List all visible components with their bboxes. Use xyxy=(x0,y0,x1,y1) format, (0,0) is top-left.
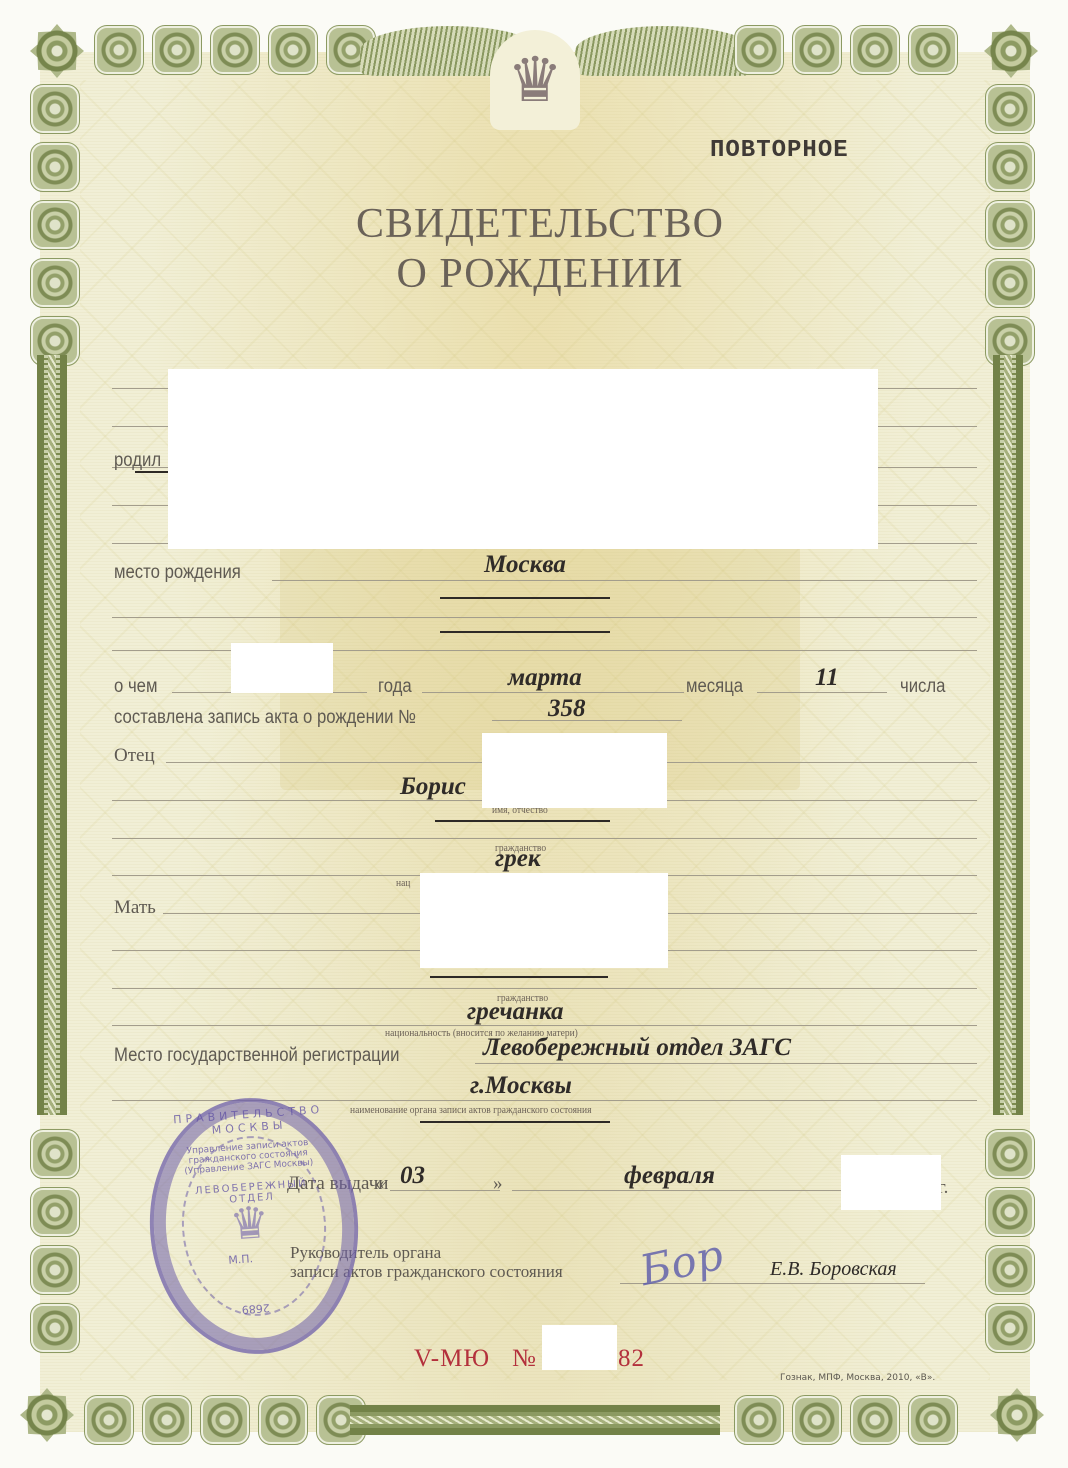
bottom-border-left xyxy=(85,1400,365,1440)
born-label: родил xyxy=(114,450,161,472)
issue-day: 03 xyxy=(400,1162,425,1190)
father-first-name: Борис xyxy=(400,773,466,801)
year-label: года xyxy=(378,676,412,698)
act-record-label: составлена запись акта о рождении № xyxy=(114,707,416,729)
rule-line xyxy=(475,1063,977,1064)
stamp-eagle-icon: ♛ xyxy=(228,1197,271,1251)
underline-bold xyxy=(440,631,610,633)
right-border-rail xyxy=(993,355,1023,1115)
left-border-bottom xyxy=(35,1130,75,1352)
registration-authority-hint: наименование органа записи актов граждан… xyxy=(350,1105,591,1116)
rule-line xyxy=(272,580,977,581)
underline-bold xyxy=(440,597,610,599)
right-border-bottom xyxy=(990,1130,1030,1352)
issue-open-quote: « xyxy=(375,1173,385,1195)
issue-month: февраля xyxy=(624,1162,715,1190)
top-border-right xyxy=(735,30,957,70)
left-border-top xyxy=(35,85,75,365)
redaction-box xyxy=(420,873,668,968)
signatory-name: Е.В. Боровская xyxy=(770,1258,897,1281)
father-label: Отец xyxy=(114,745,155,767)
month-label: месяца xyxy=(686,676,743,698)
mother-nationality-value: гречанка xyxy=(467,998,564,1026)
serial-series: V-МЮ xyxy=(414,1345,490,1373)
double-headed-eagle-icon: ♛ xyxy=(490,30,580,130)
duplicate-mark: ПОВТОРНОЕ xyxy=(710,137,849,164)
document-title-line1: СВИДЕТЕЛЬСТВО xyxy=(290,200,790,248)
redaction-box xyxy=(231,643,333,693)
redaction-box xyxy=(542,1325,617,1370)
father-nationality-hint: нац xyxy=(396,878,410,889)
serial-number-suffix: 82 xyxy=(618,1345,645,1373)
top-ornament-right xyxy=(575,26,755,76)
birthplace-label: место рождения xyxy=(114,562,241,584)
issue-close-quote: » xyxy=(493,1173,503,1195)
redaction-box xyxy=(841,1155,941,1210)
bottom-border-rail xyxy=(350,1405,720,1435)
mother-label: Мать xyxy=(114,897,156,919)
document-title-line2: О РОЖДЕНИИ xyxy=(290,250,790,298)
underline-bold xyxy=(420,1121,610,1123)
record-month-value: марта xyxy=(508,664,582,692)
rule-line xyxy=(112,988,977,989)
rule-line xyxy=(112,617,977,618)
record-day-value: 11 xyxy=(815,664,839,692)
rule-line xyxy=(112,838,977,839)
about-label: о чем xyxy=(114,676,157,698)
birthplace-value: Москва xyxy=(425,551,625,579)
underline-bold xyxy=(435,820,610,822)
redaction-box xyxy=(168,369,878,549)
serial-number-sign: № xyxy=(512,1345,537,1373)
bottom-border-right xyxy=(735,1400,957,1440)
rule-line xyxy=(422,692,684,693)
top-border-left xyxy=(95,30,375,70)
corner-rosette-icon xyxy=(30,24,84,78)
printer-imprint: Гознак, МПФ, Москва, 2010, «В». xyxy=(780,1373,935,1383)
redaction-box xyxy=(482,733,667,808)
act-record-number: 358 xyxy=(548,695,586,723)
left-border-rail xyxy=(37,355,67,1115)
underline-bold xyxy=(430,976,608,978)
registration-place-value-line1: Левобережный отдел ЗАГС xyxy=(483,1034,791,1062)
rule-line xyxy=(757,692,887,693)
day-label: числа xyxy=(900,676,945,698)
father-nationality-value: грек xyxy=(495,845,541,873)
right-border-top xyxy=(990,85,1030,365)
registration-place-value-line2: г.Москвы xyxy=(470,1072,572,1100)
rule-line xyxy=(390,1190,500,1191)
registration-place-label: Место государственной регистрации xyxy=(114,1045,399,1067)
rule-line xyxy=(492,720,682,721)
